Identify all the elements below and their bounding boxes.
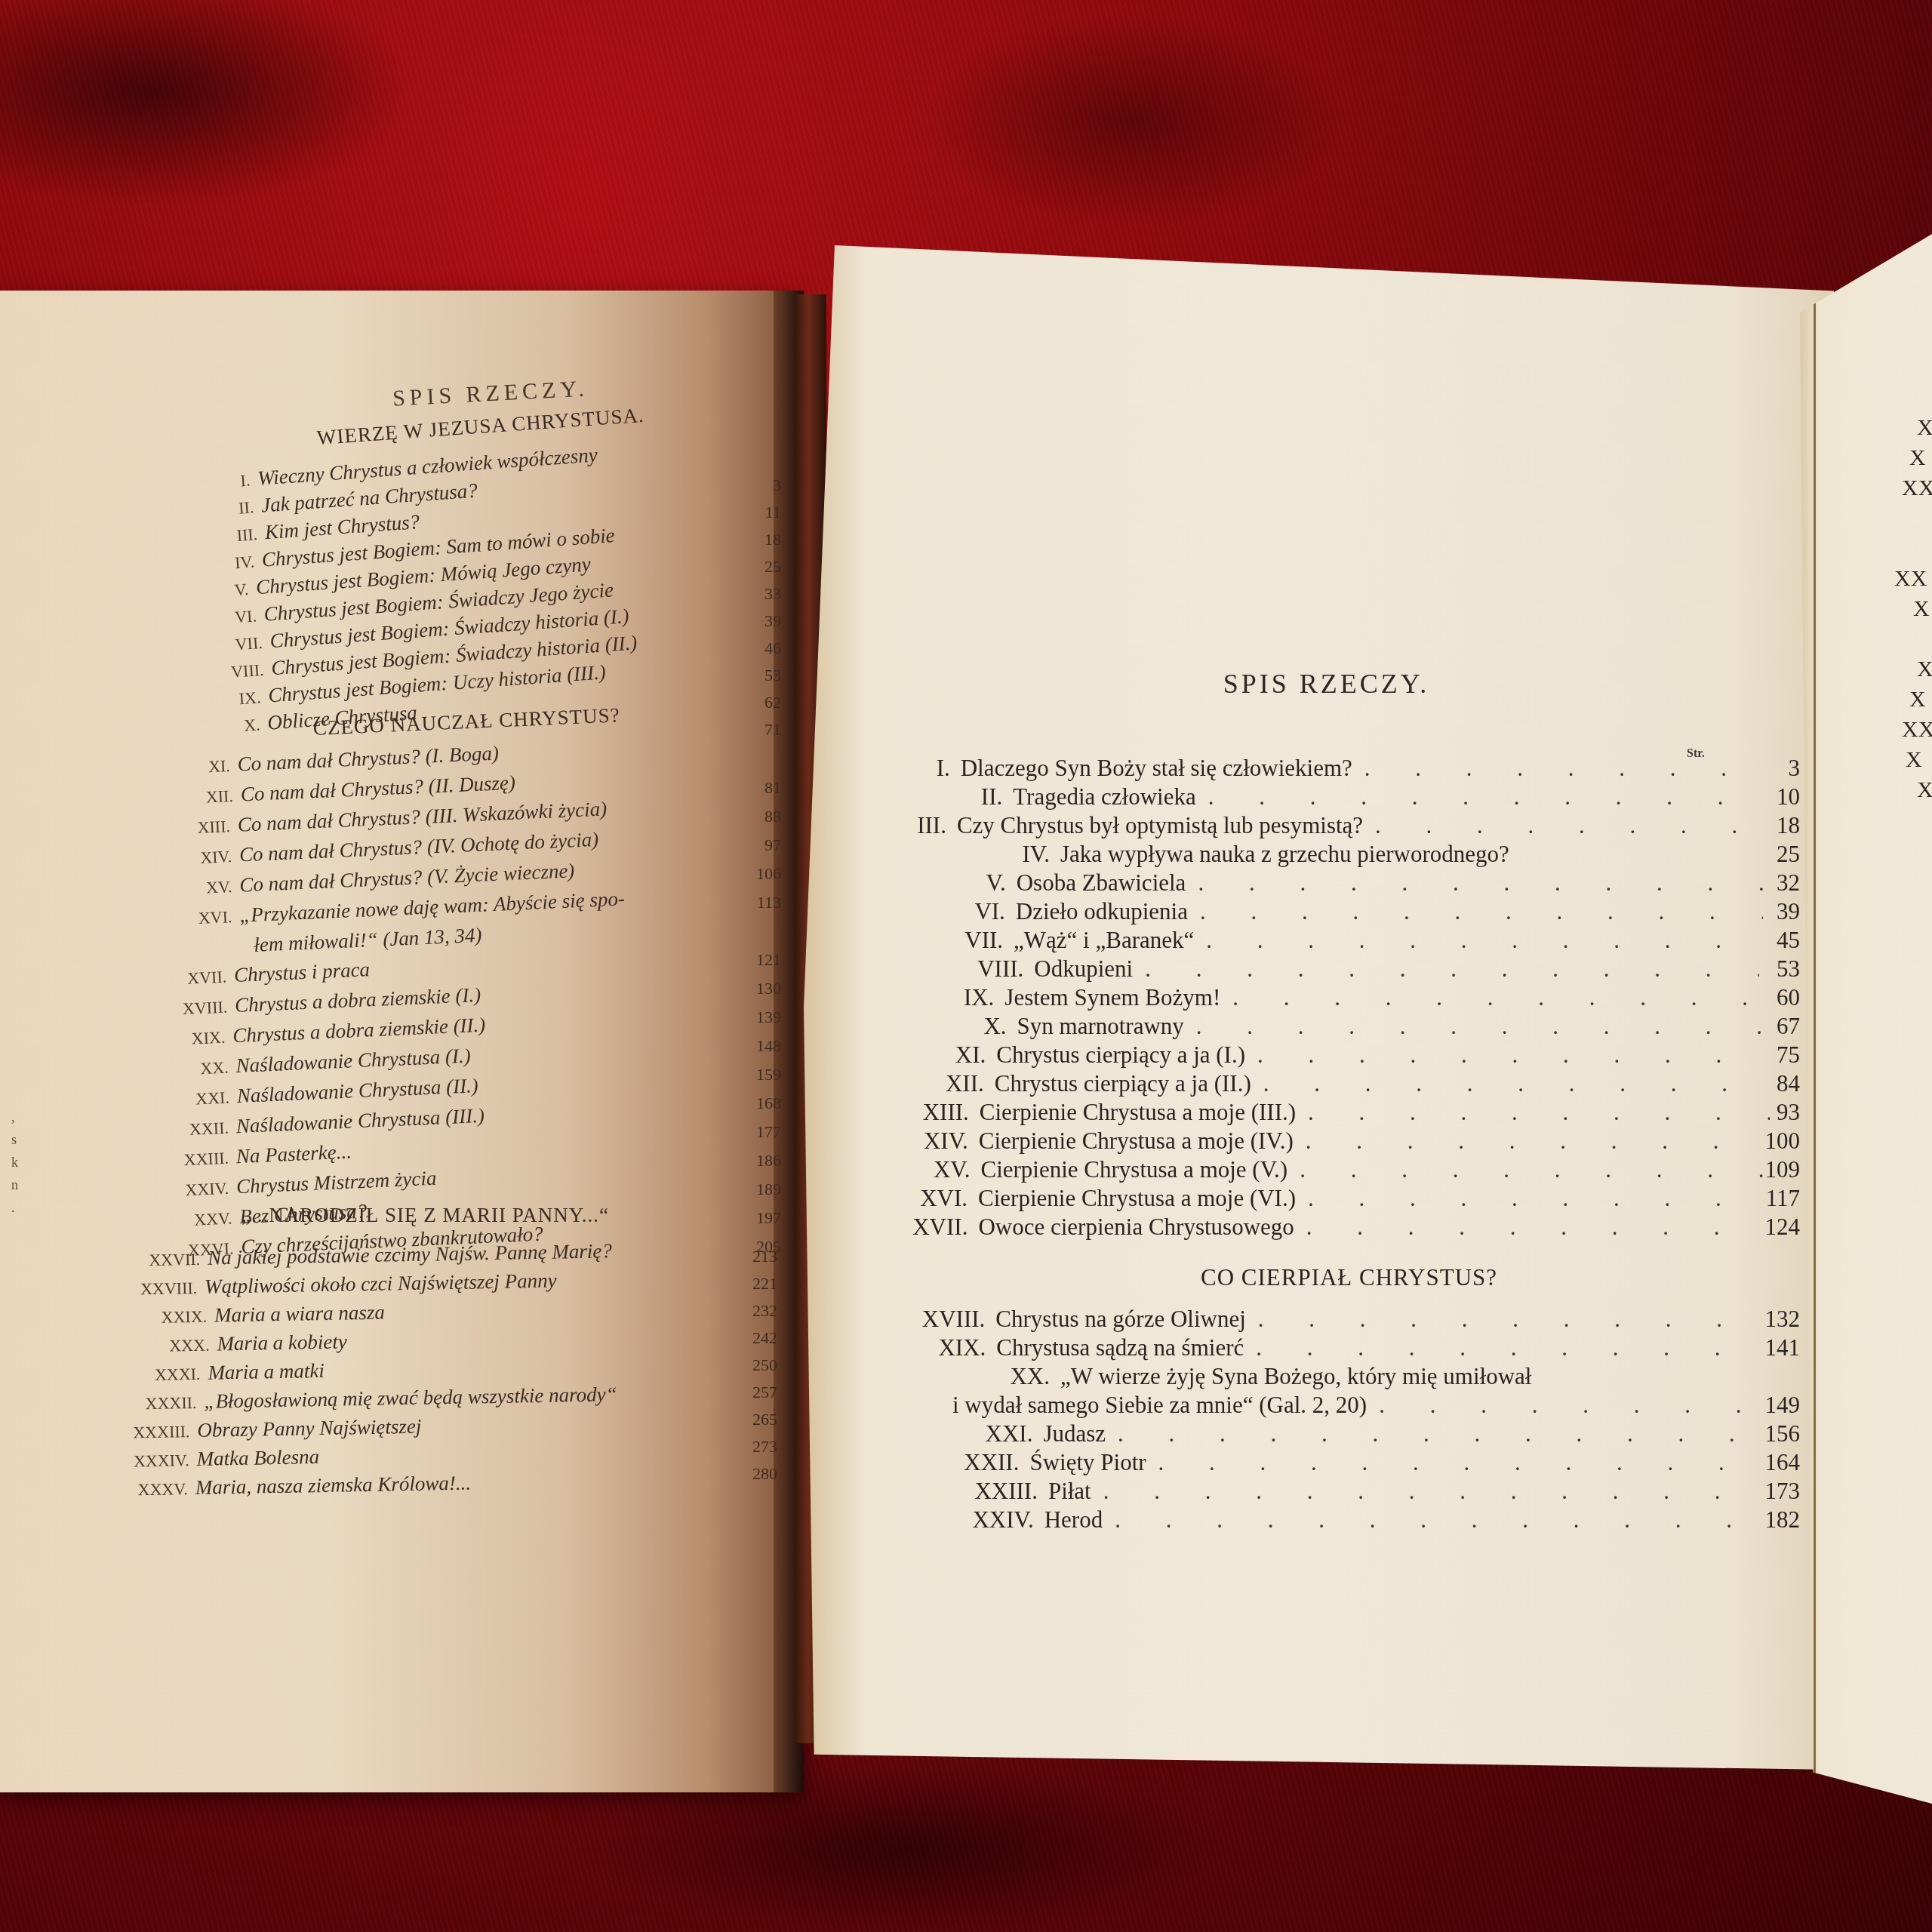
toc-entry: XII.Chrystus cierpiący a ja (II.). . . .… — [804, 1070, 1800, 1097]
toc-entry: VII.„Wąż“ i „Baranek“. . . . . . . . . .… — [804, 927, 1800, 954]
toc-entry: VI.Dzieło odkupienia. . . . . . . . . . … — [804, 898, 1800, 925]
toc-entry: XI.Chrystus cierpiący a ja (I.). . . . .… — [804, 1041, 1800, 1069]
left-book-toc-page: SPIS RZECZY. WIERZĘ W JEZUSA CHRYSTUSA. … — [0, 291, 777, 1792]
left-book: SPIS RZECZY. WIERZĘ W JEZUSA CHRYSTUSA. … — [0, 291, 804, 1792]
toc-entry: XVI.Cierpienie Chrystusa a moje (VI.). .… — [804, 1185, 1800, 1212]
left-section-1-list: I.Wieczny Chrystus a człowiek współczesn… — [239, 440, 664, 740]
toc-entry: VIII.Odkupieni. . . . . . . . . . . . . … — [804, 955, 1800, 983]
toc-entry: I.Dlaczego Syn Boży stał się człowiekiem… — [804, 755, 1800, 782]
toc-entry: XXIV.Herod. . . . . . . . . . . . . .182 — [804, 1506, 1800, 1534]
left-section-3-page-numbers: 213 221 232 242 250 257 265 273 280 — [747, 1243, 777, 1487]
left-toc-title: SPIS RZECZY. — [392, 376, 589, 412]
left-section-3-list: XXVII.Na jakiej podstawie czcimy Najśw. … — [149, 1237, 625, 1503]
left-section-2-list: XI.Co nam dał Chrystus? (I. Boga) XII.Co… — [208, 733, 657, 1263]
toc-entry: XIII.Cierpienie Chrystusa a moje (III.).… — [804, 1099, 1800, 1126]
page-edge-line — [1814, 279, 1816, 1786]
toc-entry: XV.Cierpienie Chrystusa a moje (V.). . .… — [804, 1156, 1800, 1183]
toc-entry: XXI.Judasz. . . . . . . . . . . . . .156 — [804, 1420, 1800, 1447]
toc-entry: V.Osoba Zbawiciela. . . . . . . . . . . … — [804, 869, 1800, 897]
toc-entry-continuation: i wydał samego Siebie za mnie“ (Gal. 2, … — [804, 1392, 1800, 1419]
toc-entry: III.Czy Chrystus był optymistą lub pesym… — [804, 812, 1800, 839]
left-edge-text-fragment: ,skn. — [11, 1106, 18, 1219]
toc-entry: XXII.Święty Piotr. . . . . . . . . . . .… — [804, 1449, 1800, 1476]
toc-entry: XXIII.Piłat. . . . . . . . . . . . . .17… — [804, 1478, 1800, 1505]
toc-entry: IX.Jestem Synem Bożym!. . . . . . . . . … — [804, 984, 1800, 1011]
toc-entry: XIV.Cierpienie Chrystusa a moje (IV.). .… — [804, 1128, 1800, 1155]
right-section-heading-2: CO CIERPIAŁ CHRYSTUS? — [804, 1264, 1834, 1291]
toc-entry: XIX.Chrystusa sądzą na śmierć. . . . . .… — [804, 1334, 1800, 1361]
toc-entry: XX.„W wierze żyję Syna Bożego, który mię… — [804, 1363, 1800, 1390]
left-section-heading-3: „...NARODZIŁ SIĘ Z MARII PANNY...“ — [241, 1204, 609, 1227]
left-section-2-page-numbers: 81 88 97 106 113 121 130 139 148 159 168… — [751, 774, 781, 1261]
left-section-1-page-numbers: 3 11 18 25 33 39 46 53 62 71 — [751, 472, 781, 743]
toc-entry: XVII.Owoce cierpienia Chrystusowego. . .… — [804, 1214, 1800, 1241]
toc-entry: X.Syn marnotrawny. . . . . . . . . . . .… — [804, 1013, 1800, 1040]
right-book-toc-page: SPIS RZECZY. Str. I.Dlaczego Syn Boży st… — [804, 245, 1834, 1770]
third-book-edge: X X XX XX X X X XX X X — [1800, 234, 1932, 1804]
toc-entry: XVIII.Chrystus na górze Oliwnej. . . . .… — [804, 1306, 1800, 1333]
toc-entry: IV.Jaka wypływa nauka z grzechu pierworo… — [804, 841, 1800, 868]
right-book: SPIS RZECZY. Str. I.Dlaczego Syn Boży st… — [804, 245, 1834, 1770]
right-toc-title: SPIS RZECZY. — [804, 668, 1834, 700]
toc-entry: II.Tragedia człowieka. . . . . . . . . .… — [804, 783, 1800, 811]
